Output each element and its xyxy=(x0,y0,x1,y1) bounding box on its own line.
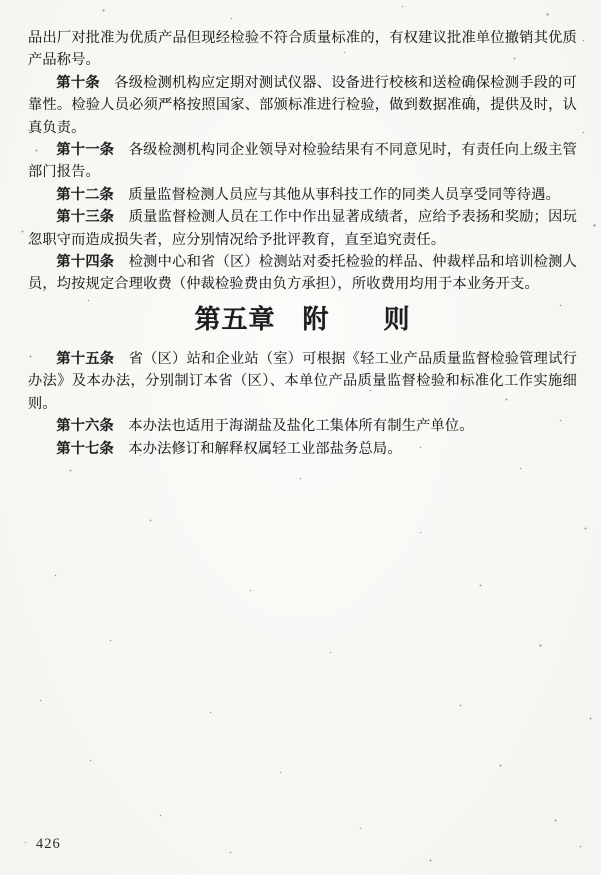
article-number: 第十一条 xyxy=(56,142,114,158)
chapter-heading: 第五章 附 则 xyxy=(28,302,577,338)
article-number: 第十二条 xyxy=(56,187,114,203)
article-number: 第十条 xyxy=(56,75,99,91)
article-11: 第十一条 各级检测机构同企业领导对检验结果有不同意见时，有责任向上级主管部门报告… xyxy=(28,139,577,184)
article-17: 第十七条 本办法修订和解释权属轻工业部盐务总局。 xyxy=(28,438,577,460)
article-text: 本办法也适用于海湖盐及盐化工集体所有制生产单位。 xyxy=(114,418,474,434)
scanned-document-page: 品出厂对批准为优质产品但现经检验不符合质量标准的，有权建议批准单位撤销其优质产品… xyxy=(0,0,601,875)
article-text: 质量监督检测人员应与其他从事科技工作的同类人员享受同等待遇。 xyxy=(114,187,560,203)
page-number: 426 xyxy=(36,836,61,853)
article-16: 第十六条 本办法也适用于海湖盐及盐化工集体所有制生产单位。 xyxy=(28,415,577,437)
article-number: 第十五条 xyxy=(56,351,114,367)
article-number: 第十六条 xyxy=(56,418,114,434)
document-body: 品出厂对批准为优质产品但现经检验不符合质量标准的，有权建议批准单位撤销其优质产品… xyxy=(28,27,577,460)
article-number: 第十七条 xyxy=(56,441,114,457)
article-10: 第十条 各级检测机构应定期对测试仪器、设备进行校核和送检确保检测手段的可靠性。检… xyxy=(28,72,577,139)
article-14: 第十四条 检测中心和省（区）检测站对委托检验的样品、仲裁样品和培训检测人员，均按… xyxy=(28,251,577,296)
article-15: 第十五条 省（区）站和企业站（室）可根据《轻工业产品质量监督检验管理试行办法》及… xyxy=(28,348,577,415)
paragraph-text: 品出厂对批准为优质产品但现经检验不符合质量标准的，有权建议批准单位撤销其优质产品… xyxy=(28,30,577,68)
scan-noise-specks xyxy=(0,0,1,1)
article-12: 第十二条 质量监督检测人员应与其他从事科技工作的同类人员享受同等待遇。 xyxy=(28,184,577,206)
article-13: 第十三条 质量监督检测人员在工作中作出显著成绩者，应给予表扬和奖励；因玩忽职守而… xyxy=(28,206,577,251)
article-number: 第十三条 xyxy=(56,209,114,225)
article-text: 本办法修订和解释权属轻工业部盐务总局。 xyxy=(114,441,402,457)
paragraph-continuation: 品出厂对批准为优质产品但现经检验不符合质量标准的，有权建议批准单位撤销其优质产品… xyxy=(28,27,577,72)
article-number: 第十四条 xyxy=(56,254,114,270)
article-text: 各级检测机构应定期对测试仪器、设备进行校核和送检确保检测手段的可靠性。检验人员必… xyxy=(28,75,577,136)
